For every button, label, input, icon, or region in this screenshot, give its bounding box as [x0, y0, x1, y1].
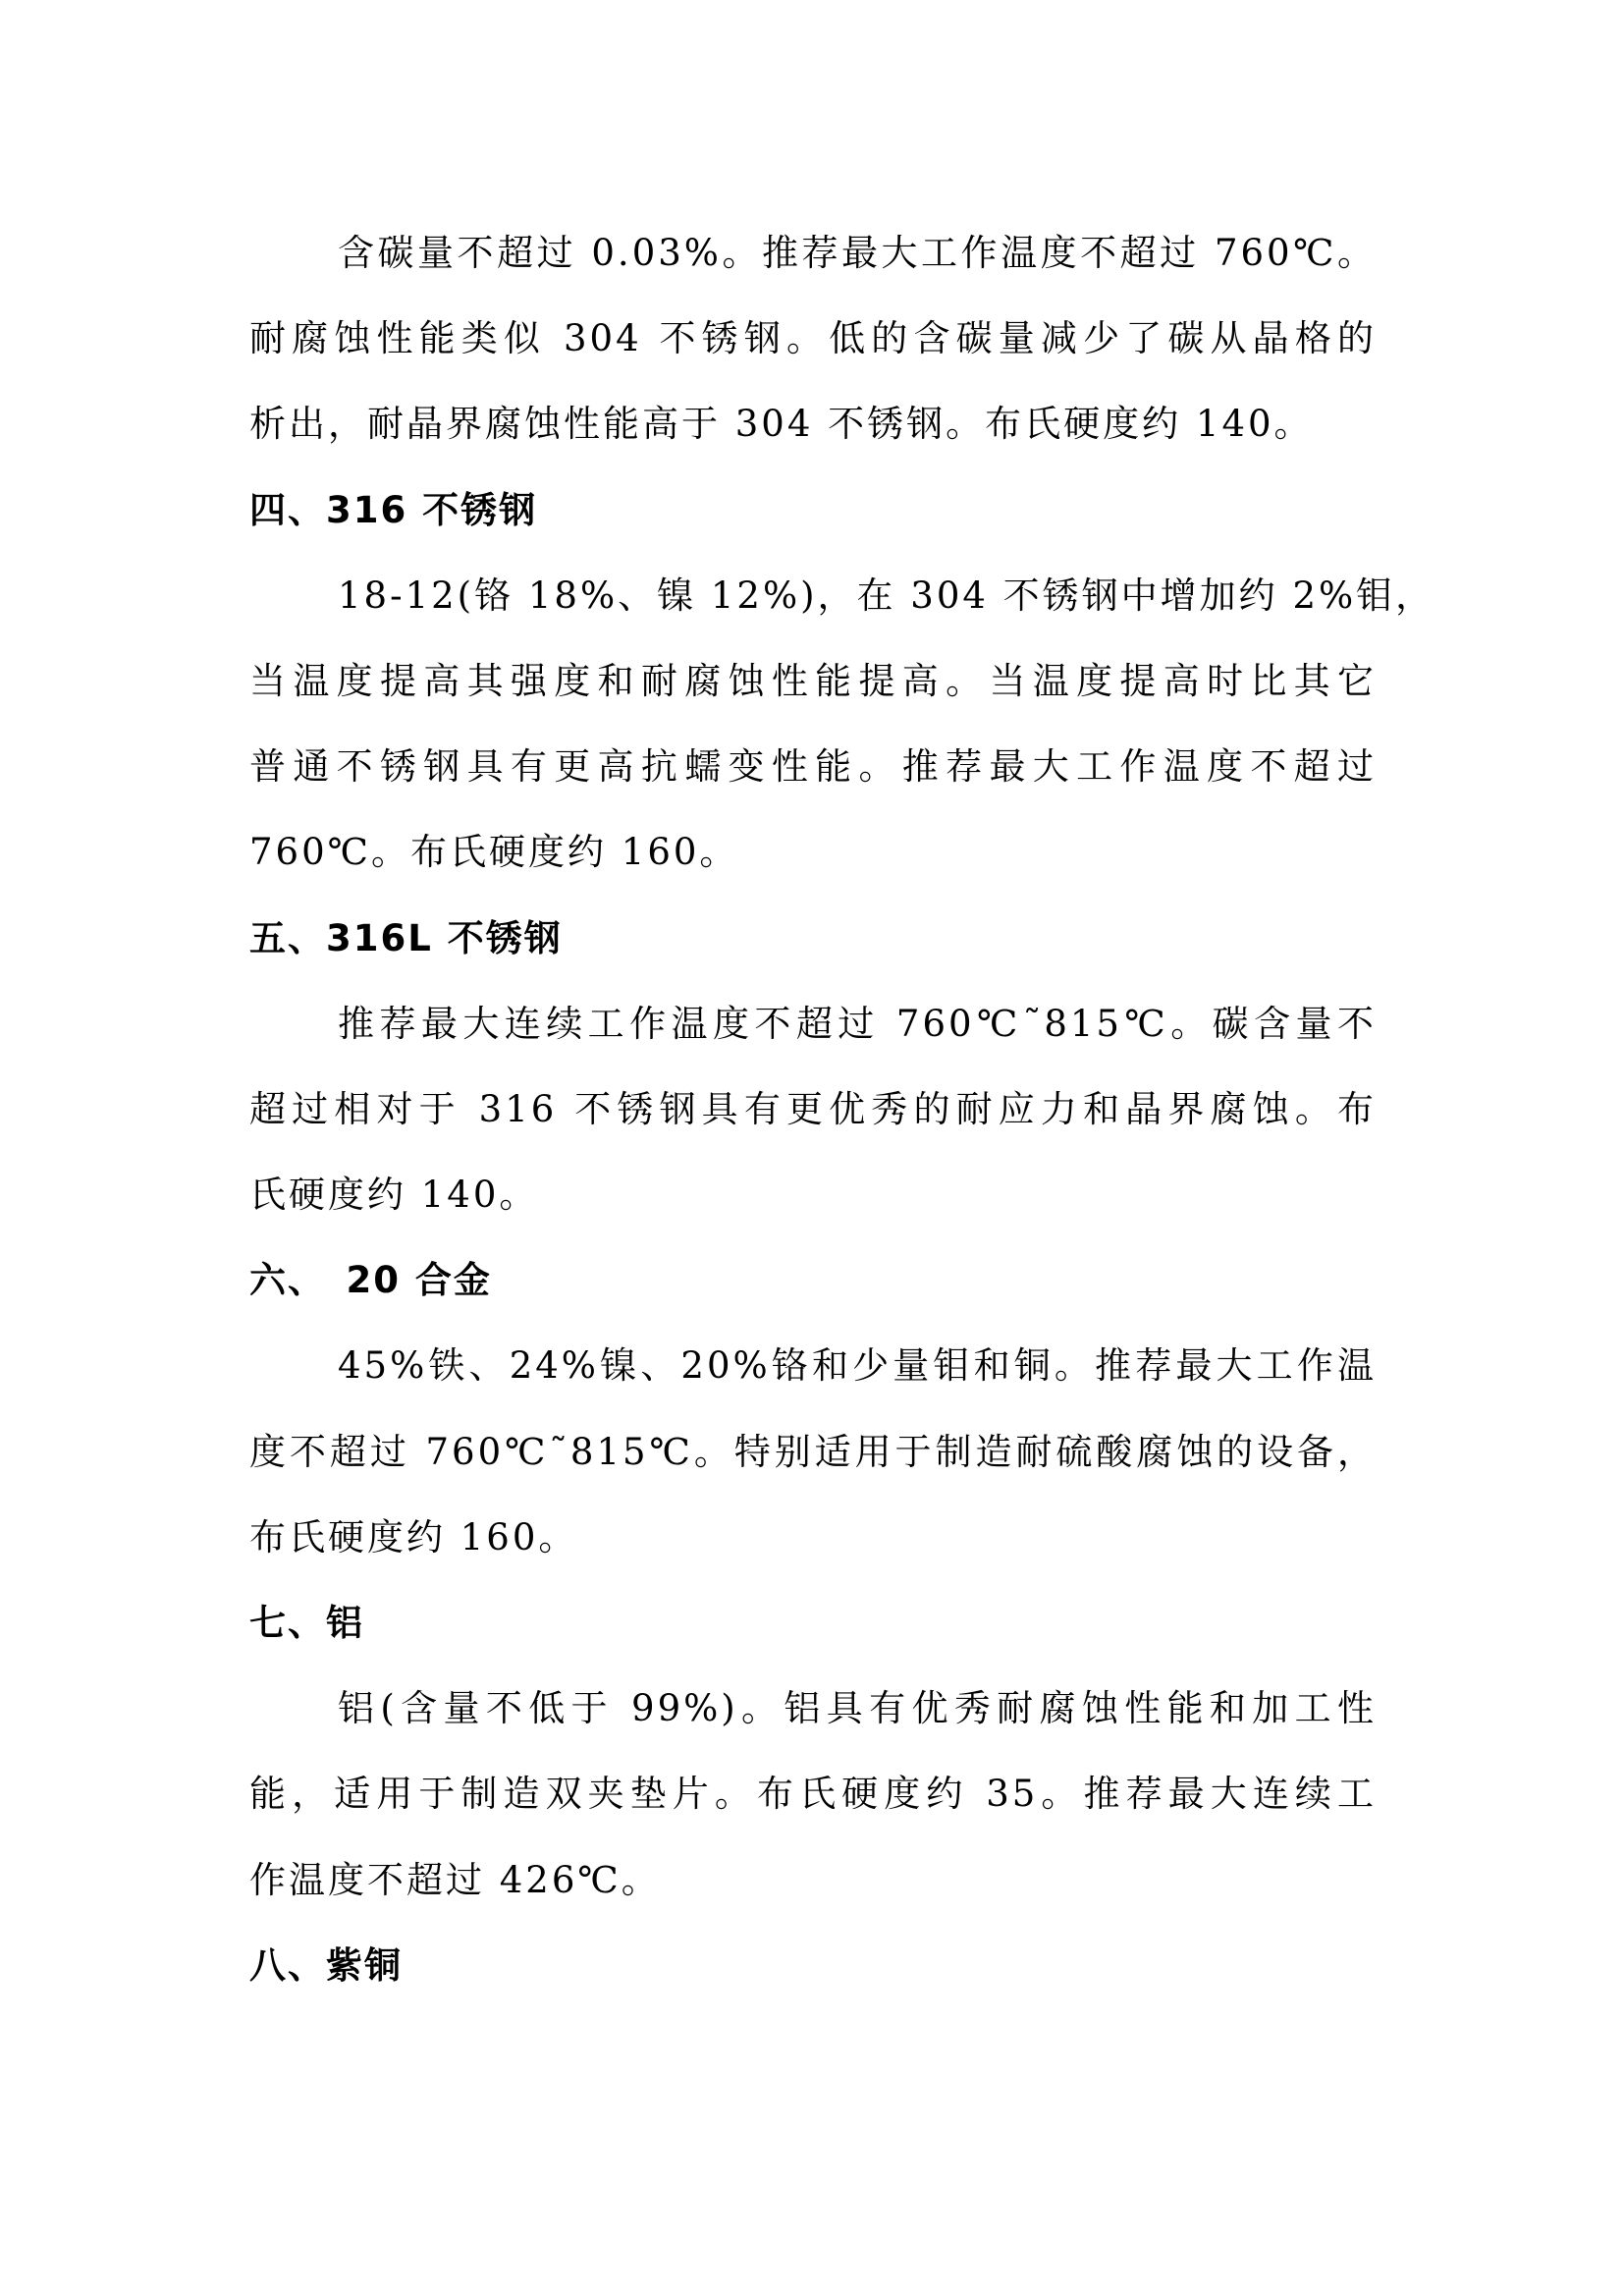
section-heading: 八、紫铜	[249, 1923, 1377, 2008]
intro-paragraph: 含碳量不超过 0.03%。推荐最大工作温度不超过 760℃。 耐腐蚀性能类似 3…	[249, 210, 1377, 467]
section-316l-stainless: 五、316L 不锈钢 推荐最大连续工作温度不超过 760℃˜815℃。碳含量不 …	[249, 896, 1377, 1238]
paragraph-line: 布氏硬度约 160。	[249, 1495, 1377, 1580]
paragraph-line: 含碳量不超过 0.03%。推荐最大工作温度不超过 760℃。	[249, 210, 1377, 296]
section-aluminum: 七、铝 铝(含量不低于 99%)。铝具有优秀耐腐蚀性能和加工性 能，适用于制造双…	[249, 1580, 1377, 1923]
paragraph-line: 45%铁、24%镍、20%铬和少量钼和铜。推荐最大工作温	[249, 1323, 1377, 1408]
document-page: 含碳量不超过 0.03%。推荐最大工作温度不超过 760℃。 耐腐蚀性能类似 3…	[249, 210, 1377, 2008]
paragraph-line: 能，适用于制造双夹垫片。布氏硬度约 35。推荐最大连续工	[249, 1751, 1377, 1836]
paragraph-line: 铝(含量不低于 99%)。铝具有优秀耐腐蚀性能和加工性	[249, 1666, 1377, 1751]
section-316-stainless: 四、316 不锈钢 18-12(铬 18%、镍 12%)，在 304 不锈钢中增…	[249, 467, 1377, 896]
paragraph-line: 作温度不超过 426℃。	[249, 1837, 1377, 1923]
paragraph-line: 氏硬度约 140。	[249, 1152, 1377, 1237]
section-heading: 七、铝	[249, 1580, 1377, 1666]
section-alloy-20: 六、 20 合金 45%铁、24%镍、20%铬和少量钼和铜。推荐最大工作温 度不…	[249, 1237, 1377, 1580]
paragraph-line: 超过相对于 316 不锈钢具有更优秀的耐应力和晶界腐蚀。布	[249, 1066, 1377, 1152]
paragraph-line: 析出，耐晶界腐蚀性能高于 304 不锈钢。布氏硬度约 140。	[249, 381, 1377, 466]
section-copper: 八、紫铜	[249, 1923, 1377, 2008]
paragraph-line: 耐腐蚀性能类似 304 不锈钢。低的含碳量减少了碳从晶格的	[249, 296, 1377, 381]
section-heading: 四、316 不锈钢	[249, 467, 1377, 553]
paragraph-line: 推荐最大连续工作温度不超过 760℃˜815℃。碳含量不	[249, 981, 1377, 1066]
paragraph-line: 18-12(铬 18%、镍 12%)，在 304 不锈钢中增加约 2%钼，	[249, 553, 1377, 638]
paragraph-line: 度不超过 760℃˜815℃。特别适用于制造耐硫酸腐蚀的设备，	[249, 1409, 1377, 1495]
paragraph-line: 普通不锈钢具有更高抗蠕变性能。推荐最大工作温度不超过	[249, 724, 1377, 809]
section-heading: 五、316L 不锈钢	[249, 896, 1377, 981]
paragraph-line: 760℃。布氏硬度约 160。	[249, 809, 1377, 895]
paragraph-line: 当温度提高其强度和耐腐蚀性能提高。当温度提高时比其它	[249, 638, 1377, 724]
section-heading: 六、 20 合金	[249, 1237, 1377, 1323]
